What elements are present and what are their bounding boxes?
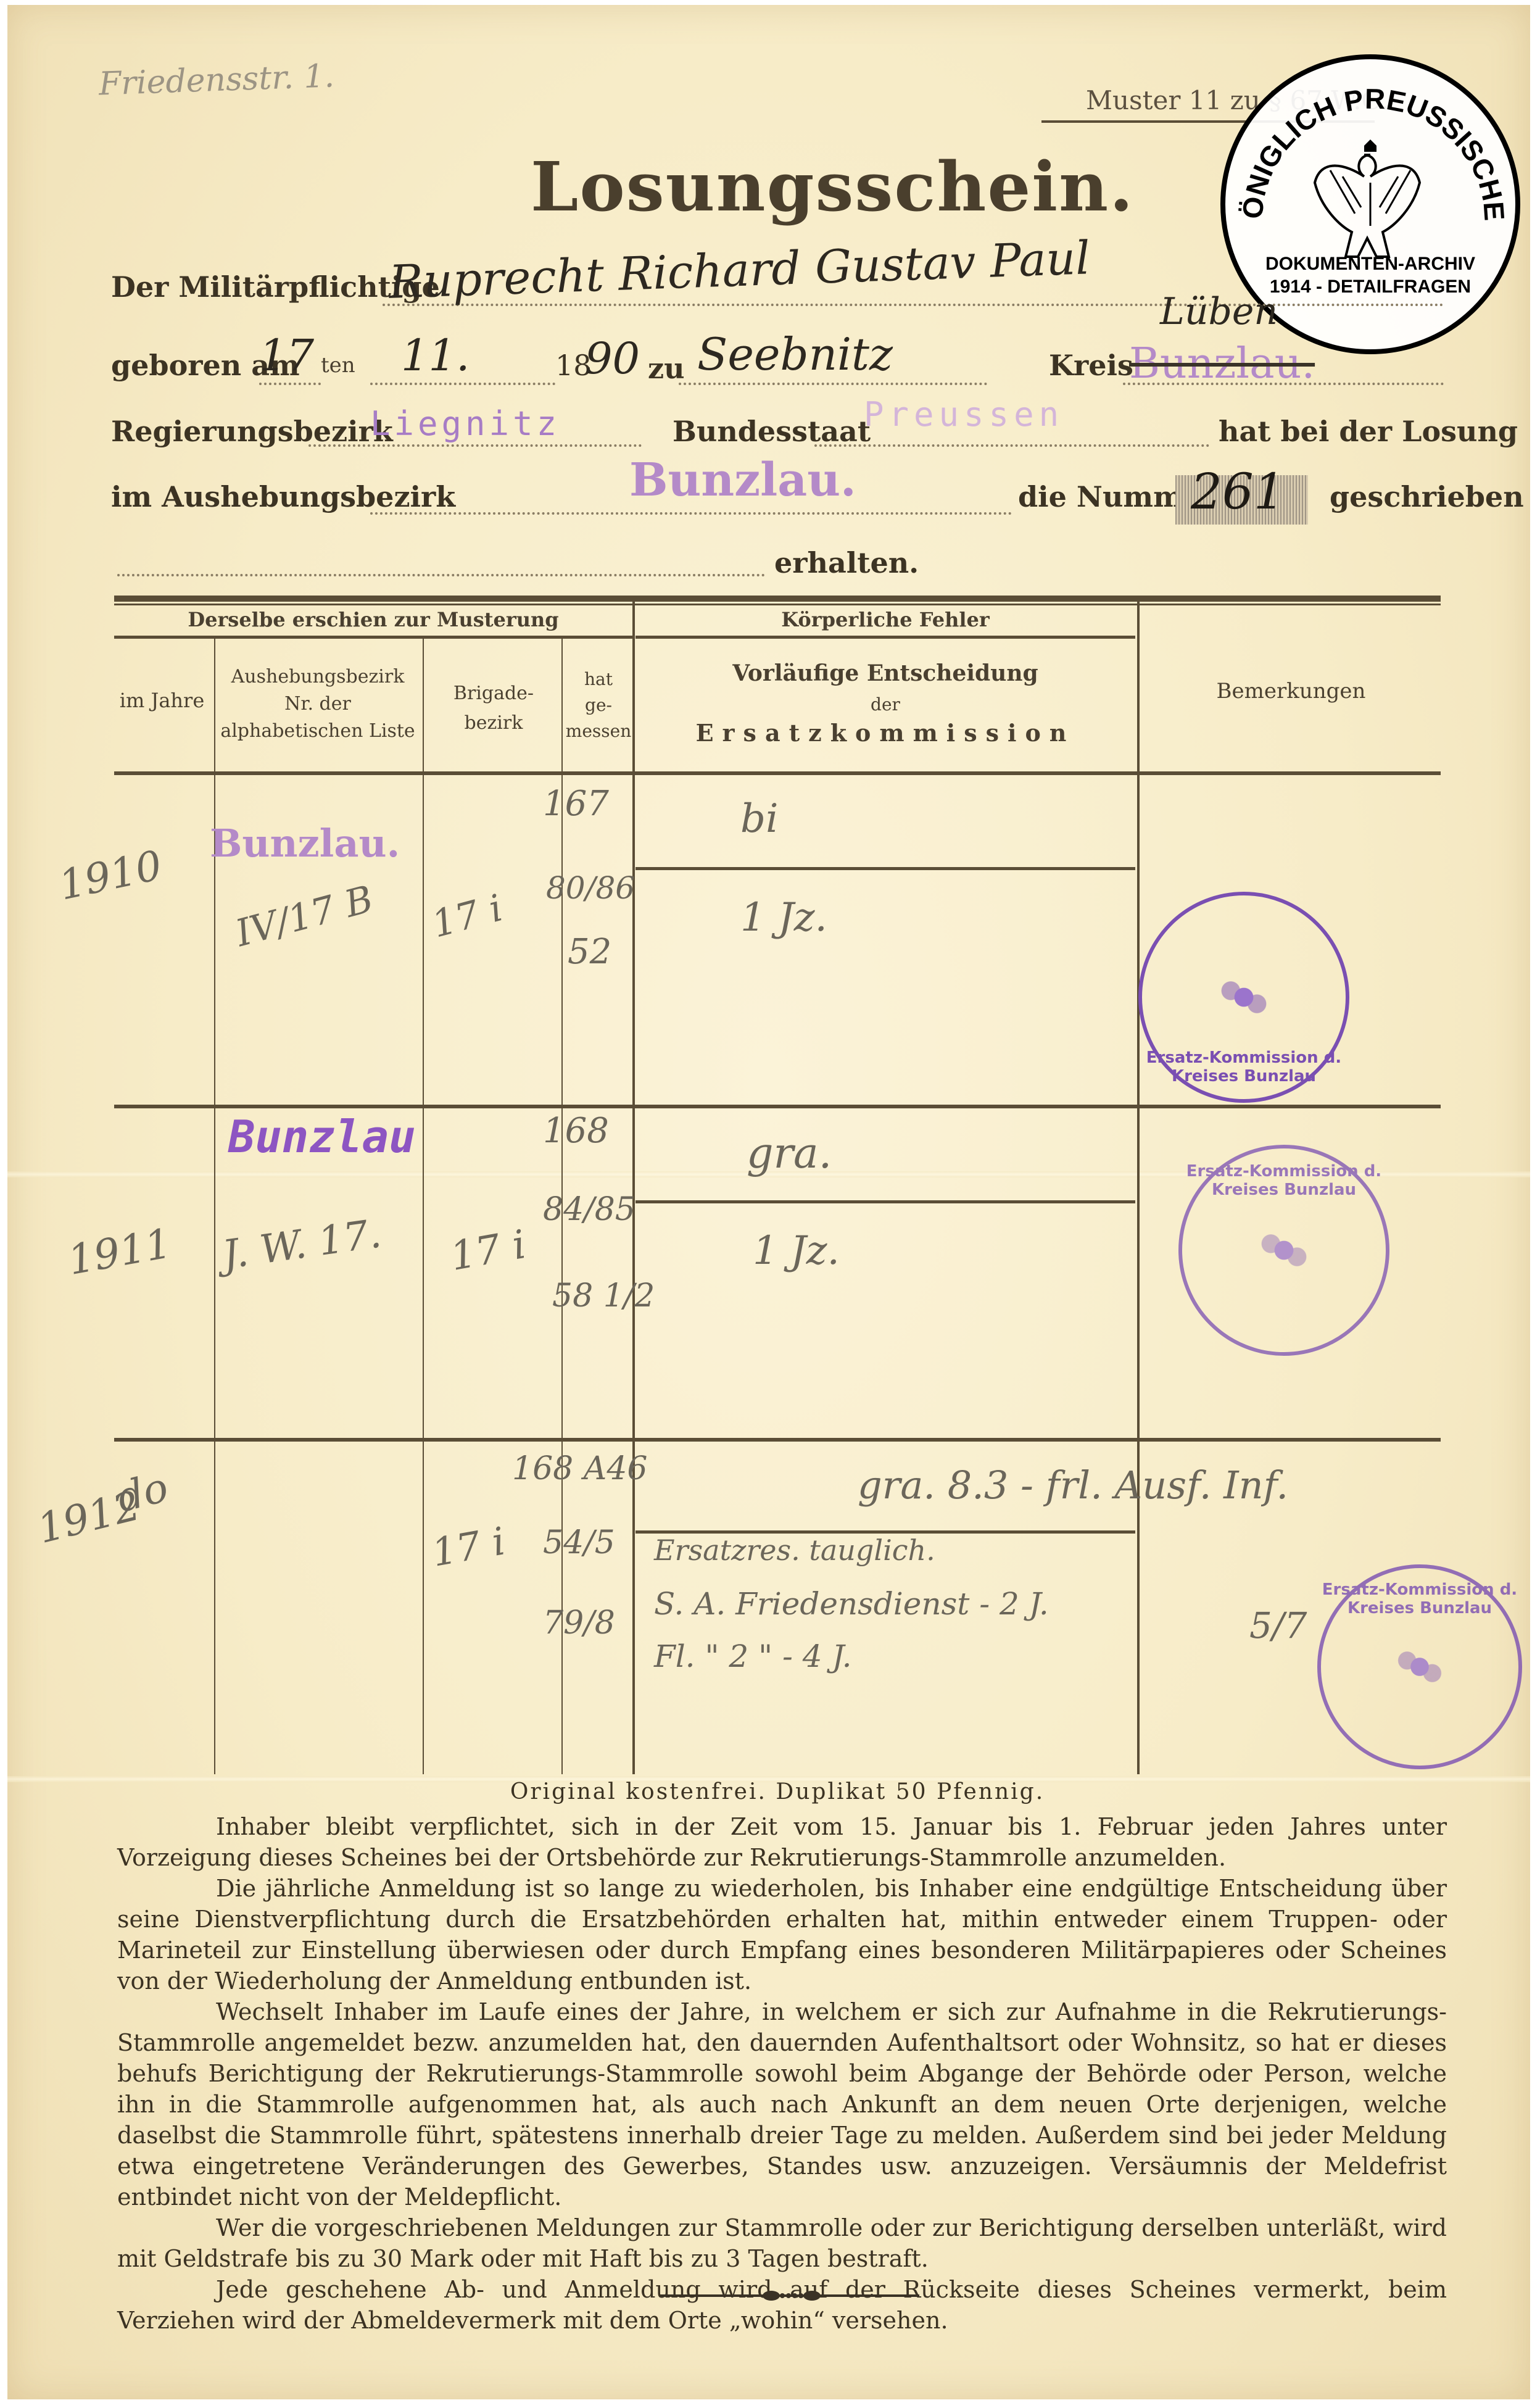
row1-chest: 80/86 — [546, 870, 635, 906]
born-year-suffix: 90 — [585, 333, 640, 384]
row1-decision: 1 Jz. — [740, 895, 827, 940]
instruction-paragraph: Die jährliche Anmeldung ist so lange zu … — [117, 1873, 1447, 1996]
number-value: 261 — [1191, 463, 1285, 520]
instruction-paragraph: Wechselt Inhaber im Laufe eines der Jahr… — [117, 1996, 1447, 2212]
ornament-divider — [660, 2286, 919, 2305]
row3-decision-line3: Fl. " 2 " - 4 J. — [654, 1638, 852, 1674]
birthplace: Seebnitz — [697, 328, 893, 380]
row1-defects: bi — [740, 796, 778, 842]
region-line — [308, 444, 642, 447]
prussian-eagle-icon — [1312, 127, 1429, 263]
page-title: Losungsschein. — [531, 147, 1134, 226]
lottery-label: hat bei der Losung — [1219, 415, 1518, 448]
row2-weight: 58 1/2 — [552, 1277, 655, 1314]
col-year: im Jahre — [114, 685, 210, 716]
born-month-line — [370, 383, 555, 385]
row1-official-seal: Ersatz-Kommission d. Kreises Bunzlau — [1138, 892, 1349, 1103]
archive-stamp-line1: DOKUMENTEN-ARCHIV — [1225, 254, 1515, 275]
instruction-paragraph: Inhaber bleibt verpflichtet, sich in der… — [117, 1811, 1447, 1873]
region-value: Liegnitz — [370, 404, 560, 443]
row1-weight: 52 — [568, 932, 611, 972]
row3-weight: 79/8 — [543, 1605, 615, 1642]
row3-decision-line2: S. A. Friedensdienst - 2 J. — [654, 1586, 1049, 1622]
row2-seal-text: Ersatz-Kommission d. Kreises Bunzlau — [1182, 1162, 1386, 1199]
row2-district-stamp: Bunzlau — [228, 1111, 415, 1163]
born-day-line — [259, 383, 321, 385]
row2-decision: 1 Jz. — [753, 1228, 840, 1274]
district-struck: Bunzlau. — [1129, 339, 1315, 388]
col-remarks: Bemerkungen — [1141, 679, 1441, 704]
row1-district-stamp: Bunzlau. — [210, 821, 400, 866]
col-decision-line2: der — [635, 694, 1135, 715]
born-day-suffix: ten — [321, 353, 355, 378]
col-district: Aushebungsbezirk Nr. der alphabetischen … — [216, 663, 420, 745]
district-line — [1123, 383, 1444, 385]
state-line — [814, 444, 1209, 447]
district-correction: Lüben — [1160, 290, 1278, 333]
row3-official-seal: Ersatz-Kommission d. Kreises Bunzlau — [1317, 1564, 1522, 1769]
header-defects: Körperliche Fehler — [635, 608, 1135, 631]
col-brigade: Brigade- bezirk — [426, 679, 561, 738]
row3-height: 168 A46 — [512, 1450, 648, 1487]
row1-height: 167 — [543, 784, 609, 824]
written-label: geschrieben — [1330, 480, 1524, 513]
conscription-district-value: Bunzlau. — [629, 454, 856, 507]
header-musterung: Derselbe erschien zur Musterung — [114, 608, 632, 631]
born-day: 17 — [259, 330, 314, 381]
fee-line: Original kostenfrei. Duplikat 50 Pfennig… — [114, 1779, 1441, 1804]
received-label: erhalten. — [774, 546, 919, 579]
conscription-district-line — [370, 512, 1012, 515]
row3-decision-line1: Ersatzres. tauglich. — [654, 1534, 935, 1567]
district-label: Kreis — [1049, 349, 1133, 382]
row2-official-seal: Ersatz-Kommission d. Kreises Bunzlau — [1178, 1145, 1389, 1356]
row3-chest: 54/5 — [543, 1524, 615, 1561]
instructions: Inhaber bleibt verpflichtet, sich in der… — [117, 1811, 1447, 2336]
row3-seal-text: Ersatz-Kommission d. Kreises Bunzlau — [1321, 1580, 1518, 1617]
col-decision-line1: Vorläufige Entscheidung — [635, 660, 1135, 686]
row1-seal-text: Ersatz-Kommission d. Kreises Bunzlau — [1142, 1048, 1346, 1086]
row3-defects: gra. 8.3 - frl. Ausf. Inf. — [858, 1463, 1288, 1508]
conscription-district-label: im Aushebungsbezirk — [111, 480, 455, 513]
instruction-paragraph: Jede geschehene Ab- und Anmeldung wird a… — [117, 2274, 1447, 2336]
row2-defects: gra. — [747, 1129, 832, 1178]
row2-height: 168 — [543, 1111, 609, 1151]
row3-decision-bracket: 5/7 — [1249, 1605, 1307, 1646]
region-label: Regierungsbezirk — [111, 415, 393, 448]
col-measured: hat ge- messen — [565, 666, 632, 744]
instruction-paragraph: Wer die vorgeschriebenen Meldungen zur S… — [117, 2212, 1447, 2274]
at-label: zu — [648, 352, 685, 385]
birthplace-line — [679, 383, 987, 385]
state-value: Preussen — [864, 395, 1064, 434]
born-month: 11. — [401, 330, 470, 381]
conscript-field-line — [383, 304, 1444, 306]
received-line — [117, 574, 765, 576]
state-label: Bundesstaat — [673, 415, 871, 448]
col-decision-line3: Ersatzkommission — [635, 719, 1135, 747]
row2-chest: 84/85 — [543, 1191, 635, 1228]
